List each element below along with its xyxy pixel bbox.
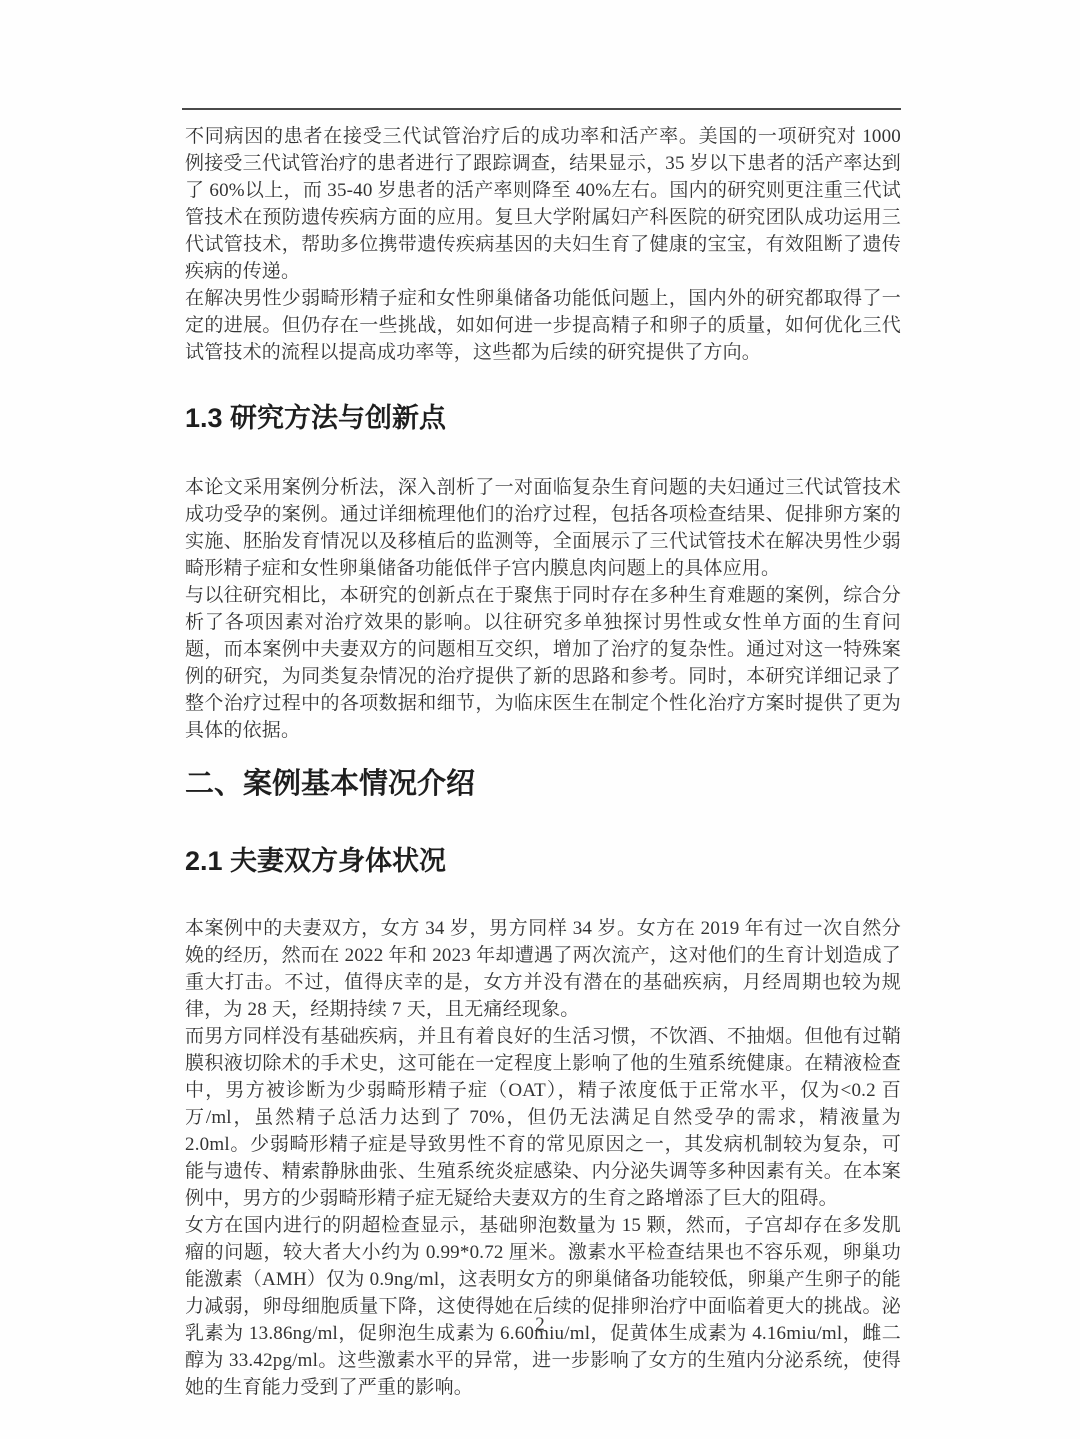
section-heading-1-3: 1.3 研究方法与创新点 — [185, 400, 901, 436]
page-footer: 2 — [0, 1314, 1080, 1336]
paragraph-method-case-analysis: 本论文采用案例分析法，深入剖析了一对面临复杂生育问题的夫妇通过三代试管技术成功受… — [185, 474, 901, 582]
paragraph-innovation-points: 与以往研究相比，本研究的创新点在于聚焦于同时存在多种生育难题的案例，综合分析了各… — [185, 582, 901, 744]
paragraph-research-progress: 在解决男性少弱畸形精子症和女性卵巢储备功能低问题上，国内外的研究都取得了一定的进… — [185, 285, 901, 366]
chapter-heading-2: 二、案例基本情况介绍 — [185, 765, 901, 803]
section-heading-2-1: 2.1 夫妻双方身体状况 — [185, 843, 901, 879]
paragraph-couple-basic-info: 本案例中的夫妻双方，女方 34 岁，男方同样 34 岁。女方在 2019 年有过… — [185, 915, 901, 1023]
paragraph-male-condition: 而男方同样没有基础疾病，并且有着良好的生活习惯，不饮酒、不抽烟。但他有过鞘膜积液… — [185, 1023, 901, 1212]
page-number: 2 — [535, 1314, 545, 1335]
header-rule — [182, 108, 901, 110]
document-page: 不同病因的患者在接受三代试管治疗后的成功率和活产率。美国的一项研究对 1000 … — [0, 0, 1080, 1439]
paragraph-success-rates: 不同病因的患者在接受三代试管治疗后的成功率和活产率。美国的一项研究对 1000 … — [185, 123, 901, 285]
paragraph-female-exam-results: 女方在国内进行的阴超检查显示，基础卵泡数量为 15 颗，然而，子宫却存在多发肌瘤… — [185, 1212, 901, 1401]
page-content: 不同病因的患者在接受三代试管治疗后的成功率和活产率。美国的一项研究对 1000 … — [185, 0, 901, 1401]
